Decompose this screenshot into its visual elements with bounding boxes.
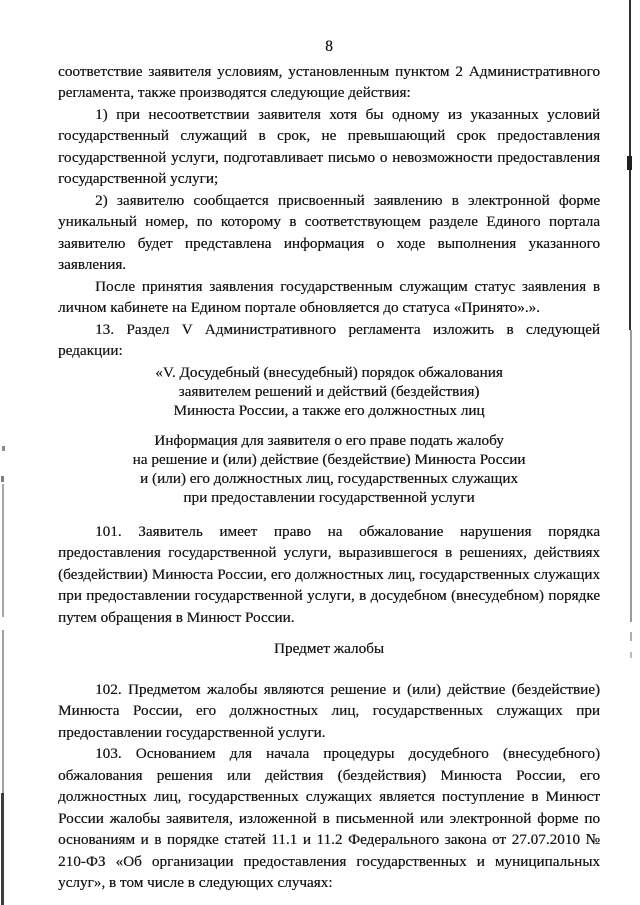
section-v-heading: «V. Досудебный (внесудебный) порядок обж… xyxy=(58,363,600,420)
paragraph-clause-102: 102. Предметом жалобы являются решение и… xyxy=(58,679,600,744)
paragraph-intro-continuation: соответствие заявителя условиям, установ… xyxy=(58,61,600,104)
page-number: 8 xyxy=(58,36,600,58)
paragraph-clause-101: 101. Заявитель имеет право на обжаловани… xyxy=(58,521,600,629)
paragraph-item-1: 1) при несоответствии заявителя хотя бы … xyxy=(58,104,600,190)
document-page: 8 соответствие заявителя условиям, устан… xyxy=(0,0,640,905)
paragraph-clause-103: 103. Основанием для начала процедуры дос… xyxy=(58,743,600,894)
info-for-applicant-heading: Информация для заявителя о его праве под… xyxy=(58,431,600,507)
paragraph-clause-13: 13. Раздел V Административного регламент… xyxy=(58,319,600,362)
paragraph-after-acceptance: После принятия заявления государственным… xyxy=(58,276,600,319)
paragraph-item-2: 2) заявителю сообщается присвоенный заяв… xyxy=(58,190,600,276)
subject-of-complaint-heading: Предмет жалобы xyxy=(58,638,600,660)
